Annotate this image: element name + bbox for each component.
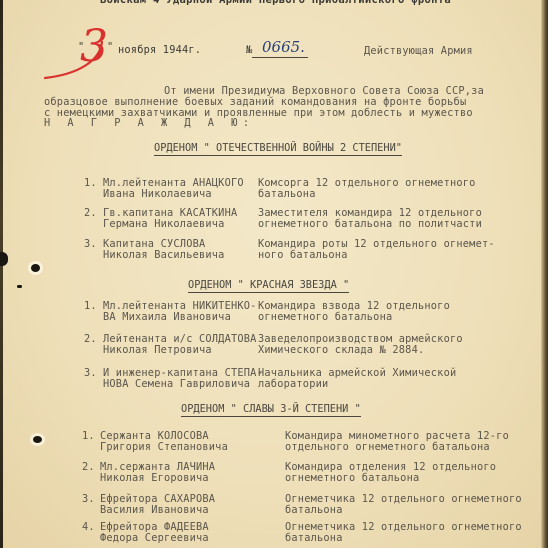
header-line: Войскам 4 Ударной Армии Первого Прибалти… [100,0,451,6]
awardee-num: 4. [82,522,95,533]
awardee-num: 2. [84,208,97,219]
awardee-num: 3. [84,239,97,250]
section-heading-red-star: ОРДЕНОМ " КРАСНАЯ ЗВЕЗДА " [188,280,349,293]
order-number-underline [252,57,308,58]
awardee-num: 2. [82,462,95,473]
awardee-position-cont: огнеметного батальона [258,312,392,323]
awardee-position-cont: Химического склада № 2884. [258,345,424,356]
red-pencil-stroke [40,40,110,82]
awardee-name-cont: Николая Васильевича [103,250,225,261]
awardee-position-cont: батальона [285,533,343,544]
awardee-name-cont: ВА Михаила Ивановича [103,312,231,323]
punch-hole [31,264,40,272]
location: Действующая Армия [364,46,473,57]
awardee-position-cont: батальона [285,505,343,516]
punch-hole [33,436,42,443]
page-edge-left [0,0,3,548]
section-heading-patriotic-war: ОРДЕНОМ " ОТЕЧЕСТВЕННОЙ ВОЙНЫ 2 СТЕПЕНИ" [154,143,402,156]
section-heading-glory: ОРДЕНОМ " СЛАВЫ 3-Й СТЕПЕНИ " [181,404,361,417]
order-number-prefix: № [246,45,252,56]
awardee-name-cont: Григория Степановича [100,442,228,453]
order-number-handwritten: 0665. [262,38,305,56]
awardee-position-cont: ного батальона [258,250,348,261]
awardee-num: 3. [82,494,95,505]
ink-speck [17,285,22,288]
awardee-position-cont: батальона [258,189,316,200]
date-month-year: ноября 1944г. [118,45,201,56]
awardee-position-cont: лаборатории [258,379,328,390]
awardee-num: 3. [84,368,97,379]
awardee-num: 2. [84,334,97,345]
awardee-name-cont: НОВА Семена Гавриловича [103,379,250,390]
awardee-position-cont: огнеметного батальона по политчасти [258,219,482,230]
page-edge-right [541,0,548,548]
awardee-name-cont: Николая Егоровича [100,473,209,484]
awardee-num: 1. [84,178,97,189]
awardee-position-cont: огнеметного батальона [285,473,419,484]
awardee-name-cont: Николая Петровича [103,345,212,356]
awardee-position-cont: отдельного огнеметного батальона [285,442,490,453]
awardee-num: 1. [82,431,95,442]
awardee-num: 1. [84,301,97,312]
awardee-name-cont: Федора Сергеевича [100,533,209,544]
preamble-awards-keyword: Н А Г Р А Ж Д А Ю: [44,118,255,129]
awardee-name-cont: Василия Ивановича [100,505,209,516]
date-quote-close: " [107,42,113,53]
awardee-name-cont: Ивана Николаевича [103,189,212,200]
awardee-name-cont: Германа Николаевича [103,219,225,230]
